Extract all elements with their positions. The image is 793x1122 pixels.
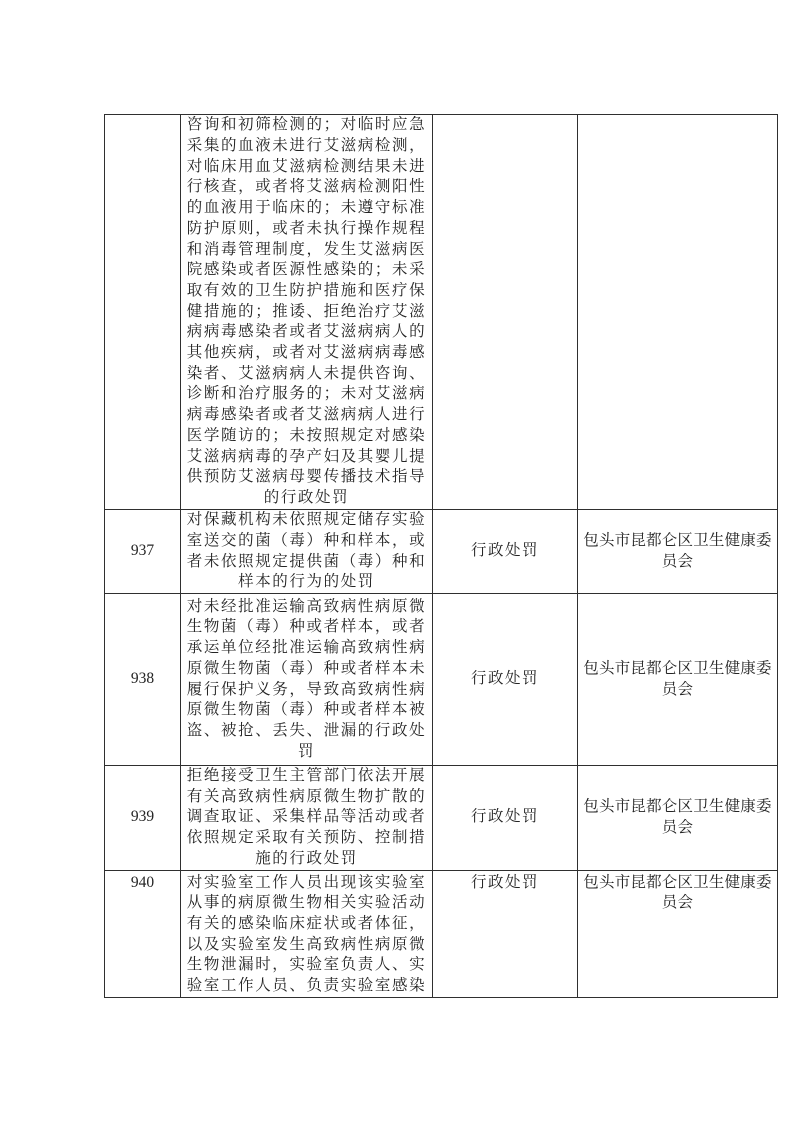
description-cell: 对保藏机构未依照规定储存实验 室送交的菌（毒）种和样本，或 者未依照规定提供菌（…: [181, 510, 433, 594]
penalty-type-cell: 行政处罚: [433, 510, 578, 594]
document-page: 咨询和初筛检测的；对临时应急 采集的血液未进行艾滋病检测， 对临床用血艾滋病检测…: [0, 0, 793, 1122]
description-cell: 拒绝接受卫生主管部门依法开展 有关高致病性病原微生物扩散的 调查取证、采集样品等…: [181, 766, 433, 871]
administrative-penalty-table: 咨询和初筛检测的；对临时应急 采集的血液未进行艾滋病检测， 对临床用血艾滋病检测…: [104, 114, 778, 998]
penalty-type-cell: 行政处罚: [433, 766, 578, 871]
authority-cell: 包头市昆都仑区卫生健康委 员会: [578, 766, 778, 871]
authority-cell: 包头市昆都仑区卫生健康委 员会: [578, 870, 778, 997]
table-row-937: 937 对保藏机构未依照规定储存实验 室送交的菌（毒）种和样本，或 者未依照规定…: [105, 510, 778, 594]
description-cell: 对实验室工作人员出现该实验室 从事的病原微生物相关实验活动 有关的感染临床症状或…: [181, 870, 433, 997]
table-row-940: 940 对实验室工作人员出现该实验室 从事的病原微生物相关实验活动 有关的感染临…: [105, 870, 778, 997]
description-cell: 咨询和初筛检测的；对临时应急 采集的血液未进行艾滋病检测， 对临床用血艾滋病检测…: [181, 115, 433, 510]
penalty-type-cell: 行政处罚: [433, 870, 578, 997]
table-row-938: 938 对未经批准运输高致病性病原微 生物菌（毒）种或者样本，或者 承运单位经批…: [105, 594, 778, 766]
authority-cell: 包头市昆都仑区卫生健康委 员会: [578, 510, 778, 594]
authority-cell: 包头市昆都仑区卫生健康委 员会: [578, 594, 778, 766]
row-number-cell: 939: [105, 766, 181, 871]
row-number-cell: [105, 115, 181, 510]
row-number-cell: 938: [105, 594, 181, 766]
authority-cell: [578, 115, 778, 510]
row-number-cell: 940: [105, 870, 181, 997]
table-row-continuation: 咨询和初筛检测的；对临时应急 采集的血液未进行艾滋病检测， 对临床用血艾滋病检测…: [105, 115, 778, 510]
penalty-type-cell: [433, 115, 578, 510]
table-row-939: 939 拒绝接受卫生主管部门依法开展 有关高致病性病原微生物扩散的 调查取证、采…: [105, 766, 778, 871]
row-number-cell: 937: [105, 510, 181, 594]
penalty-type-cell: 行政处罚: [433, 594, 578, 766]
description-cell: 对未经批准运输高致病性病原微 生物菌（毒）种或者样本，或者 承运单位经批准运输高…: [181, 594, 433, 766]
